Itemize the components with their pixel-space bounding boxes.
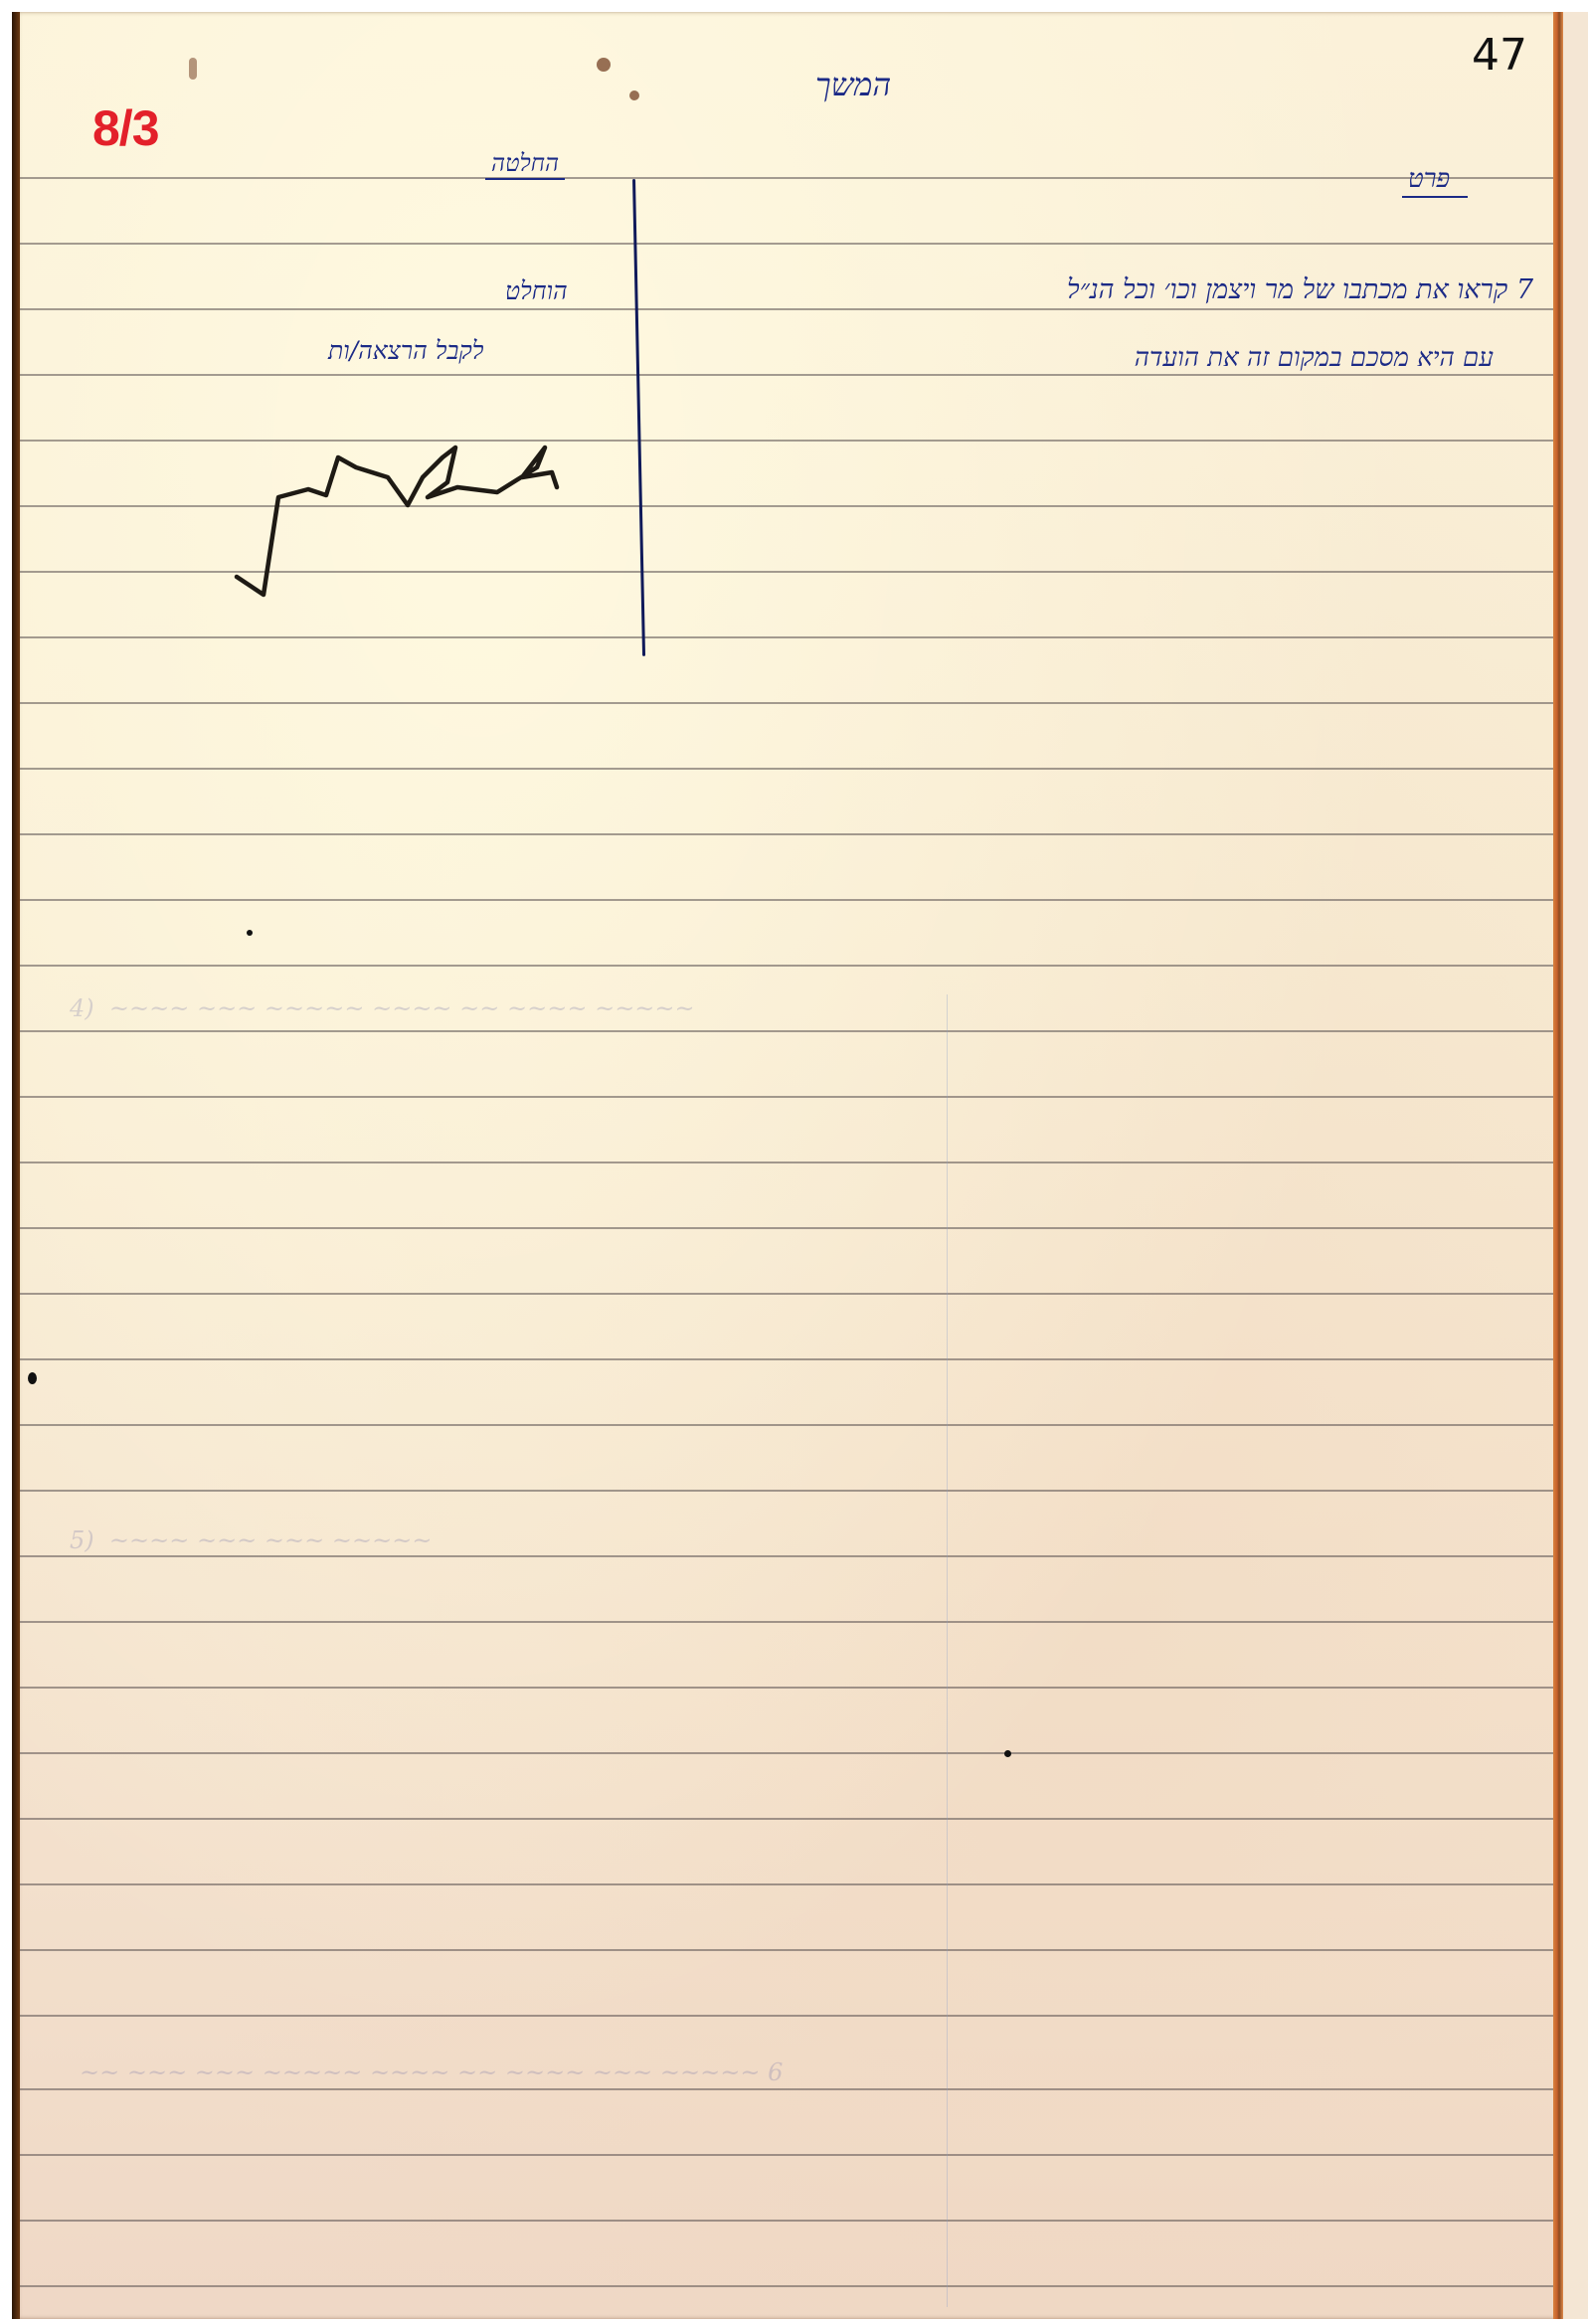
ink-spot: [28, 1372, 37, 1384]
ruled-line: [20, 1949, 1553, 1951]
page-stamp: 8/3: [92, 99, 159, 157]
bleed-marker: 5): [70, 1526, 94, 1554]
ruled-line: [20, 1424, 1553, 1426]
bleed-through-text: 4) ~~~~ ~~~ ~~~~~ ~~~~ ~~ ~~~~ ~~~~~: [70, 994, 695, 1022]
ink-spot: [247, 930, 253, 936]
signature: [209, 428, 587, 607]
ruled-line: [20, 1752, 1553, 1754]
decision-text-line-1: הוחלט: [505, 276, 568, 306]
ruled-line: [20, 1818, 1553, 1820]
ruled-line: [20, 1621, 1553, 1623]
bleed-marker: 4): [70, 994, 94, 1022]
ruled-line: [20, 965, 1553, 967]
decision-column-heading: החלטה: [485, 149, 565, 180]
bleed-through-text: 5) ~~~~ ~~~ ~~~ ~~~~~: [70, 1526, 432, 1554]
ruled-line: [20, 1030, 1553, 1032]
next-page-edge: [1563, 12, 1588, 2319]
ink-spot: [1004, 1750, 1011, 1757]
item-column-heading: פרט: [1402, 164, 1468, 198]
ruled-line: [20, 1883, 1553, 1885]
ruled-line: [20, 2220, 1553, 2222]
ruled-line: [20, 702, 1553, 704]
ruled-line: [20, 768, 1553, 770]
bleed-through-text: ~~ ~~~ ~~~ ~~~~~ ~~~~ ~~ ~~~~ ~~~ ~~~~~ …: [80, 2058, 783, 2086]
ruled-line: [20, 1358, 1553, 1360]
ink-spot: [629, 90, 639, 100]
binding-spine: [1553, 12, 1563, 2319]
decision-text-line-2: לקבל הרצאה/ות: [328, 336, 484, 366]
ruled-line: [20, 1162, 1553, 1163]
ink-spot: [189, 58, 197, 80]
ruled-line: [20, 899, 1553, 901]
ruled-line: [20, 308, 1553, 310]
continuation-heading: המשך: [815, 66, 891, 103]
ruled-line: [20, 1096, 1553, 1098]
ruled-line: [20, 177, 1553, 179]
page-number: 47: [1472, 30, 1527, 81]
entry-text: קראו את מכתבו של מר ויצמן וכו׳ וכל הנ״ל: [1067, 274, 1507, 305]
ruled-line: [20, 1490, 1553, 1492]
faint-column-divider: [947, 994, 948, 2307]
ruled-line: [20, 2154, 1553, 2156]
ruled-line: [20, 833, 1553, 835]
ruled-line: [20, 1227, 1553, 1229]
ruled-line: [20, 2015, 1553, 2017]
ruled-line: [20, 1293, 1553, 1295]
bleed-marker: 6: [768, 2058, 783, 2086]
ink-spot: [597, 58, 611, 72]
item-number: 7: [1516, 274, 1533, 305]
entry-text-line-1: 7 קראו את מכתבו של מר ויצמן וכו׳ וכל הנ״…: [1067, 274, 1533, 305]
page-left-edge: [12, 12, 20, 2319]
ruled-line: [20, 2285, 1553, 2287]
ruled-line: [20, 636, 1553, 638]
ruled-line: [20, 243, 1553, 245]
ruled-line: [20, 374, 1553, 376]
ruled-line: [20, 2088, 1553, 2090]
ruled-line: [20, 1555, 1553, 1557]
entry-text-line-2: עם היא מסכם במקום זה את הועדה: [1135, 343, 1494, 373]
ruled-line: [20, 1687, 1553, 1689]
